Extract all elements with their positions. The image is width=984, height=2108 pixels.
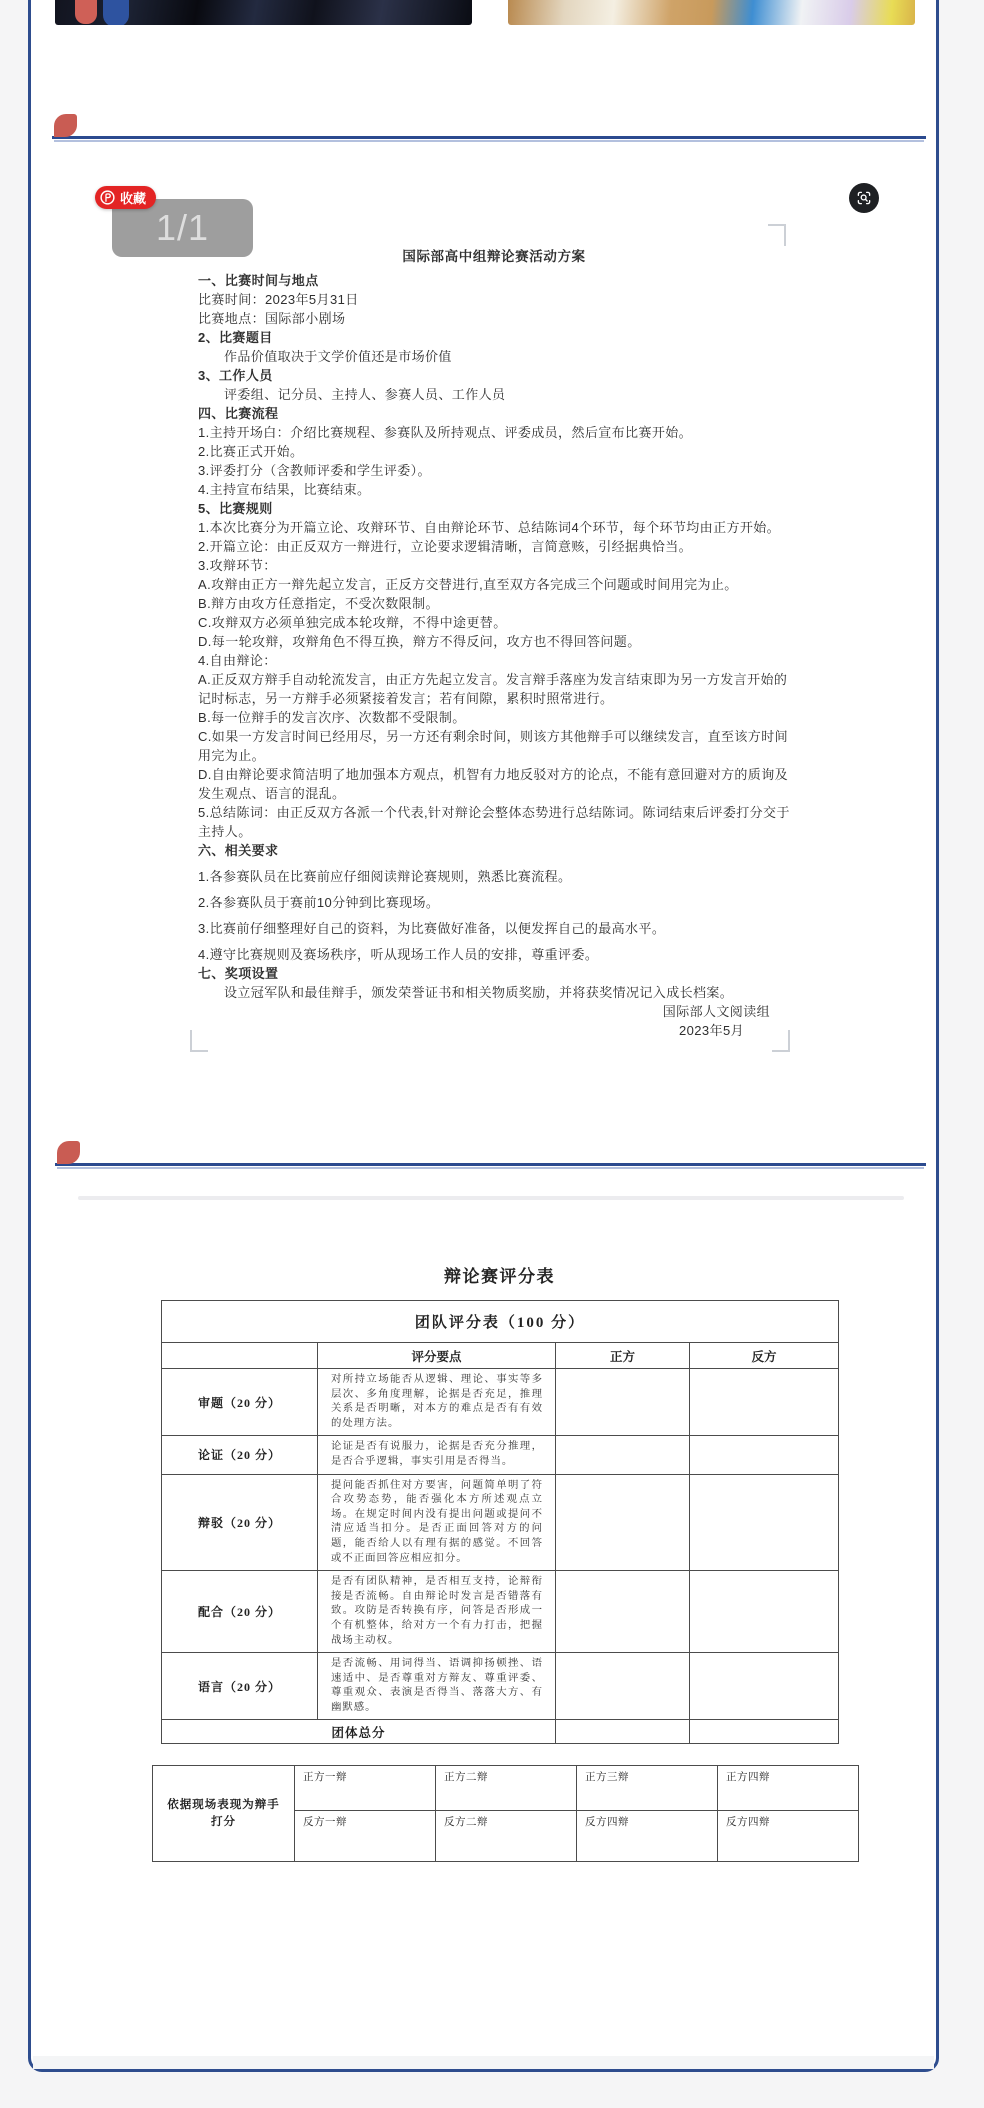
doc-heading: 5、比赛规则: [198, 499, 790, 518]
section-divider: [55, 1163, 926, 1166]
favorite-button[interactable]: 收藏: [95, 186, 156, 209]
doc-line: 1.主持开场白：介绍比赛规程、参赛队及所持观点、评委成员，然后宣布比赛开始。: [198, 423, 790, 442]
empty-score-cell: [556, 1720, 690, 1744]
doc-line: 作品价值取决于文学价值还是市场价值: [198, 347, 790, 366]
doc-heading: 四、比赛流程: [198, 404, 790, 423]
doc-line: 1.本次比赛分为开篇立论、攻辩环节、自由辩论环节、总结陈词4个环节，每个环节均由…: [198, 518, 790, 537]
page-corner-mark: [768, 224, 786, 246]
empty-header-cell: [162, 1343, 318, 1369]
doc-line: 评委组、记分员、主持人、参赛人员、工作人员: [198, 385, 790, 404]
empty-score-cell: [690, 1369, 839, 1436]
column-header-con: 反方: [690, 1343, 839, 1369]
blue-leaf-decoration: [103, 0, 129, 25]
team-total-label: 团体总分: [162, 1720, 556, 1744]
doc-line: 2.比赛正式开始。: [198, 442, 790, 461]
photo-classroom-desk[interactable]: [508, 0, 915, 25]
team-score-table[interactable]: 团队评分表（100 分） 评分要点 正方 反方 审题（20 分） 对所持立场能否…: [161, 1300, 839, 1744]
doc-line: 3.比赛前仔细整理好自己的资料，为比赛做好准备，以便发挥自己的最高水平。: [198, 919, 790, 938]
doc-line: 设立冠军队和最佳辩手，颁发荣誉证书和相关物质奖励，并将获奖情况记入成长档案。: [198, 983, 790, 1002]
criterion-label: 审题（20 分）: [162, 1369, 318, 1436]
doc-line: 2.开篇立论：由正反双方一辩进行，立论要求逻辑清晰，言简意赅，引经据典恰当。: [198, 537, 790, 556]
debater-label-line2: 打分: [211, 1816, 236, 1828]
doc-line: 5.总结陈词：由正反双方各派一个代表,针对辩论会整体态势进行总结陈词。陈词结束后…: [198, 803, 790, 841]
criterion-points: 对所持立场能否从逻辑、理论、事实等多层次、多角度理解，论据是否充足，推理关系是否…: [318, 1369, 556, 1436]
doc-line: A.正反双方辩手自动轮流发言，由正方先起立发言。发言辩手落座为发言结束即为另一方…: [198, 670, 790, 708]
doc-line: C.如果一方发言时间已经用尽，另一方还有剩余时间，则该方其他辩手可以继续发言，直…: [198, 727, 790, 765]
doc-line: 3.攻辩环节：: [198, 556, 790, 575]
debater-label-line1: 依据现场表现为辩手: [167, 1799, 280, 1811]
doc-heading: 六、相关要求: [198, 841, 790, 860]
note-detail-page: 收藏 1/1 国际部高中组辩论赛活动方案 一、比赛时间与地点 比赛时间：2023…: [0, 0, 984, 2108]
section-divider: [52, 136, 926, 139]
empty-score-cell: [556, 1474, 690, 1571]
doc-line: B.辩方由攻方任意指定，不受次数限制。: [198, 594, 790, 613]
doc-line: 4.遵守比赛规则及赛场秩序，听从现场工作人员的安排，尊重评委。: [198, 945, 790, 964]
empty-score-cell: [690, 1436, 839, 1474]
document-image-activity-plan[interactable]: 国际部高中组辩论赛活动方案 一、比赛时间与地点 比赛时间：2023年5月31日 …: [198, 247, 790, 1040]
criterion-points: 是否有团队精神，是否相互支持，论辩衔接是否流畅。自由辩论时发言是否错落有致。攻防…: [318, 1571, 556, 1653]
criterion-label: 论证（20 分）: [162, 1436, 318, 1474]
doc-line: 1.各参赛队员在比赛前应仔细阅读辩论赛规则，熟悉比赛流程。: [198, 867, 790, 886]
page-corner-mark: [190, 1030, 208, 1052]
doc-line: 2.各参赛队员于赛前10分钟到比赛现场。: [198, 893, 790, 912]
doc-heading: 3、工作人员: [198, 366, 790, 385]
empty-score-cell: [556, 1369, 690, 1436]
image-top-edge-line: [78, 1196, 904, 1200]
debater-score-table[interactable]: 依据现场表现为辩手 打分 正方一辩 正方二辩 正方三辩 正方四辩 反方一辩 反方…: [152, 1765, 859, 1862]
empty-score-cell: [556, 1571, 690, 1653]
doc-line: B.每一位辩手的发言次序、次数都不受限制。: [198, 708, 790, 727]
doc-line: 3.评委打分（含教师评委和学生评委）。: [198, 461, 790, 480]
doc-line: D.自由辩论要求简洁明了地加强本方观点，机智有力地反驳对方的论点，不能有意回避对…: [198, 765, 790, 803]
criterion-label: 辩驳（20 分）: [162, 1474, 318, 1571]
debater-cell: 反方四辩: [577, 1811, 718, 1862]
doc-line: A.攻辩由正方一辩先起立发言，正反方交替进行,直至双方各完成三个问题或时间用完为…: [198, 575, 790, 594]
doc-line: 4.自由辩论：: [198, 651, 790, 670]
criterion-label: 配合（20 分）: [162, 1571, 318, 1653]
empty-score-cell: [690, 1720, 839, 1744]
doc-heading: 七、奖项设置: [198, 964, 790, 983]
empty-score-cell: [690, 1474, 839, 1571]
criterion-points: 提问能否抓住对方要害，问题简单明了符合攻势态势，能否强化本方所述观点立场。在规定…: [318, 1474, 556, 1571]
image-search-button[interactable]: [849, 183, 879, 213]
red-leaf-decoration: [75, 0, 97, 24]
signature-organization: 国际部人文阅读组: [198, 1002, 790, 1021]
p-circle-icon: [99, 189, 116, 206]
team-table-title: 团队评分表（100 分）: [162, 1301, 839, 1343]
score-sheet-title: 辩论赛评分表: [161, 1262, 838, 1287]
image-search-icon: [855, 189, 873, 207]
column-header-pro: 正方: [556, 1343, 690, 1369]
column-header-points: 评分要点: [318, 1343, 556, 1369]
debater-cell: 正方四辩: [718, 1766, 859, 1811]
empty-score-cell: [556, 1436, 690, 1474]
debater-table-label: 依据现场表现为辩手 打分: [153, 1766, 295, 1862]
empty-score-cell: [690, 1653, 839, 1720]
doc-line: 比赛时间：2023年5月31日: [198, 290, 790, 309]
doc-line: C.攻辩双方必须单独完成本轮攻辩，不得中途更替。: [198, 613, 790, 632]
page-corner-mark: [772, 1030, 790, 1052]
page-indicator-text: 1/1: [156, 207, 209, 249]
debater-cell: 正方一辩: [295, 1766, 436, 1811]
empty-score-cell: [690, 1571, 839, 1653]
debater-cell: 正方三辩: [577, 1766, 718, 1811]
criterion-label: 语言（20 分）: [162, 1653, 318, 1720]
debater-cell: 反方一辩: [295, 1811, 436, 1862]
debater-cell: 反方四辩: [718, 1811, 859, 1862]
debater-cell: 正方二辩: [436, 1766, 577, 1811]
doc-heading: 一、比赛时间与地点: [198, 271, 790, 290]
doc-line: 4.主持宣布结果，比赛结束。: [198, 480, 790, 499]
empty-score-cell: [556, 1653, 690, 1720]
signature-date: 2023年5月: [198, 1021, 790, 1040]
doc-line: 比赛地点：国际部小剧场: [198, 309, 790, 328]
criterion-points: 论证是否有说服力，论据是否充分推理，是否合乎逻辑，事实引用是否得当。: [318, 1436, 556, 1474]
favorite-label: 收藏: [120, 188, 146, 207]
criterion-points: 是否流畅、用词得当、语调抑扬顿挫、语速适中、是否尊重对方辩友、尊重评委、尊重观众…: [318, 1653, 556, 1720]
photo-bookshelf[interactable]: [55, 0, 472, 25]
debater-cell: 反方二辩: [436, 1811, 577, 1862]
card-bottom-inset: [33, 2056, 934, 2069]
document-title: 国际部高中组辩论赛活动方案: [198, 247, 790, 266]
doc-heading: 2、比赛题目: [198, 328, 790, 347]
doc-line: D.每一轮攻辩，攻辩角色不得互换，辩方不得反问，攻方也不得回答问题。: [198, 632, 790, 651]
